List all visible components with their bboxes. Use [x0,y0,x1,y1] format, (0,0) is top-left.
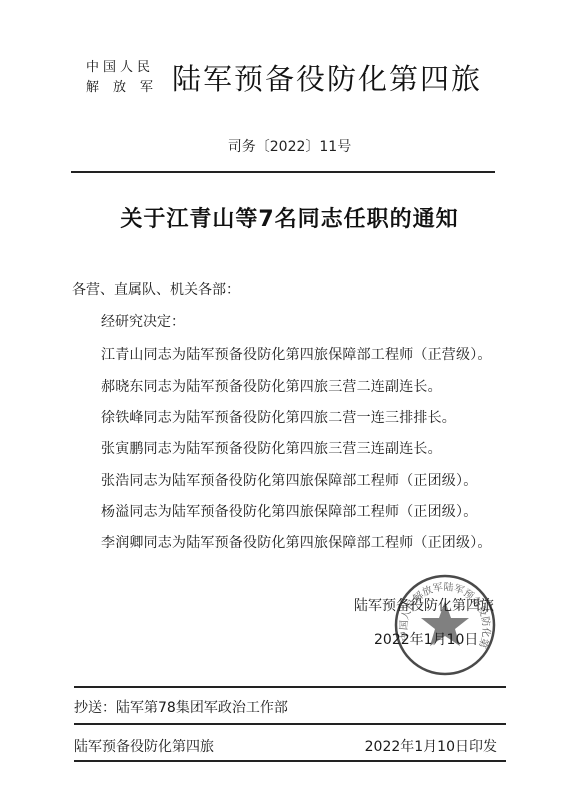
issue-date: 2022年1月10日印发 [365,736,497,756]
header-divider [71,171,495,173]
footer-divider-top [74,686,506,688]
org-small-label: 中国人民 解放军 [86,58,167,98]
footer-divider-bottom [74,760,506,762]
appointment-item: 张寅鹏同志为陆军预备役防化第四旅三营三连副连长。 [101,438,442,458]
org-small-line1: 中国人民 [86,58,167,78]
signer-name: 陆军预备役防化第四旅 [354,595,494,615]
cc-line: 抄送：陆军第78集团军政治工作部 [74,697,288,717]
appointment-item: 郝晓东同志为陆军预备役防化第四旅三营二连副连长。 [101,376,442,396]
intro-text: 经研究决定： [101,311,185,331]
appointment-item: 江青山同志为陆军预备役防化第四旅保障部工程师（正营级）。 [101,344,492,364]
document-title: 关于江青山等7名同志任职的通知 [0,202,579,233]
official-seal-icon: 中国人民解放军陆军预备役防化第四旅 [393,573,497,677]
org-name-heading: 陆军预备役防化第四旅 [172,57,482,98]
document-number: 司务〔2022〕11号 [0,136,579,156]
appointment-item: 杨溢同志为陆军预备役防化第四旅保障部工程师（正团级）。 [101,501,477,521]
signature-date: 2022年1月10日 [374,629,478,649]
appointment-item: 徐铁峰同志为陆军预备役防化第四旅二营一连三排排长。 [101,407,456,427]
appointment-item: 张浩同志为陆军预备役防化第四旅保障部工程师（正团级）。 [101,470,477,490]
appointment-item: 李润卿同志为陆军预备役防化第四旅保障部工程师（正团级）。 [101,532,492,552]
salutation: 各营、直属队、机关各部： [72,279,240,299]
org-small-line2: 解放军 [86,78,167,98]
footer-divider-middle [74,723,506,725]
issuer-name: 陆军预备役防化第四旅 [74,736,214,756]
